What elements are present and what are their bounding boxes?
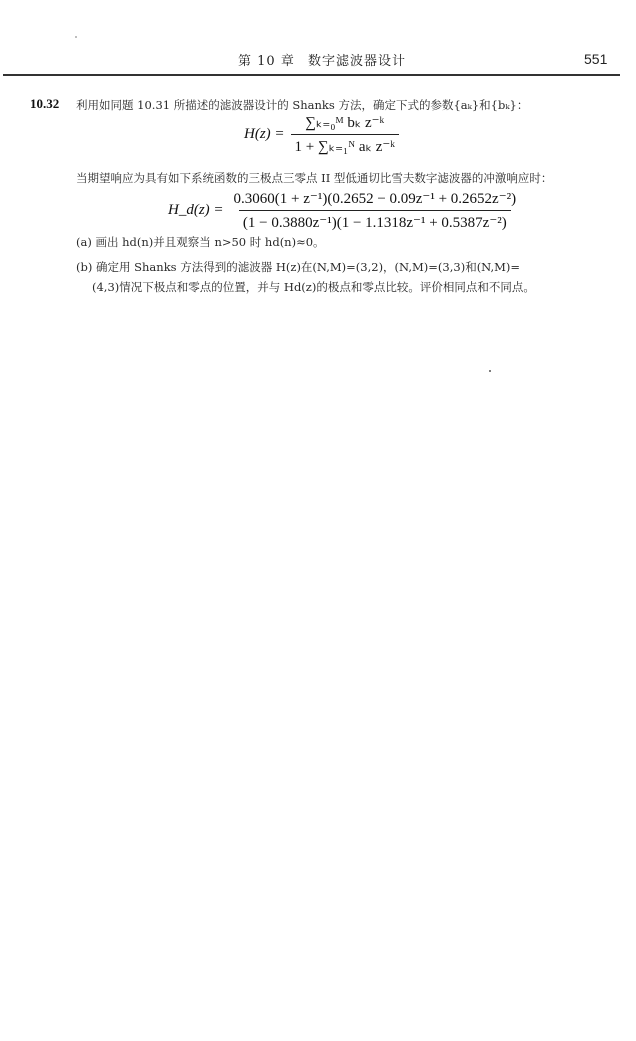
formula1-lhs: H(z) = [244, 126, 285, 143]
problem-intro: 利用如同题 10.31 所描述的滤波器设计的 Shanks 方法，确定下式的参数… [76, 97, 528, 113]
formula1-numerator: ∑ₖ₌₀ᴹ bₖ z⁻ᵏ [301, 113, 388, 134]
formula2-numerator: 0.3060(1 + z⁻¹)(0.2652 − 0.09z⁻¹ + 0.265… [230, 189, 521, 210]
formula1-fraction: ∑ₖ₌₀ᴹ bₖ z⁻ᵏ 1 + ∑ₖ₌₁ᴺ aₖ z⁻ᵏ [291, 113, 399, 156]
formula1-denominator: 1 + ∑ₖ₌₁ᴺ aₖ z⁻ᵏ [291, 134, 399, 156]
chapter-label: 第 10 章 [238, 54, 295, 69]
part-a: (a) 画出 hd(n)并且观察当 n>50 时 hd(n)≈0。 [76, 234, 325, 250]
part-b-line-2: (4,3)情况下极点和零点的位置，并与 Hd(z)的极点和零点比较。评价相同点和… [92, 279, 535, 295]
desired-response-text: 当期望响应为具有如下系统函数的三极点三零点 II 型低通切比雪夫数字滤波器的冲激… [76, 170, 552, 186]
header-rule [3, 74, 620, 76]
scan-speck [489, 370, 491, 372]
formula2-lhs: H_d(z) = [168, 202, 224, 219]
formula2-denominator: (1 − 0.3880z⁻¹)(1 − 1.1318z⁻¹ + 0.5387z⁻… [239, 210, 511, 232]
shanks-formula: H(z) = ∑ₖ₌₀ᴹ bₖ z⁻ᵏ 1 + ∑ₖ₌₁ᴺ aₖ z⁻ᵏ [244, 113, 399, 156]
problem-number: 10.32 [30, 96, 59, 112]
scan-speck [75, 36, 77, 38]
chapter-title: 数字滤波器设计 [308, 54, 406, 69]
part-b-line-1: (b) 确定用 Shanks 方法得到的滤波器 H(z)在(N,M)=(3,2)… [76, 259, 520, 275]
desired-system-function: H_d(z) = 0.3060(1 + z⁻¹)(0.2652 − 0.09z⁻… [168, 189, 520, 232]
page-number: 551 [584, 51, 607, 67]
running-header: 第 10 章 数字滤波器设计 [0, 50, 636, 69]
formula2-fraction: 0.3060(1 + z⁻¹)(0.2652 − 0.09z⁻¹ + 0.265… [230, 189, 521, 232]
